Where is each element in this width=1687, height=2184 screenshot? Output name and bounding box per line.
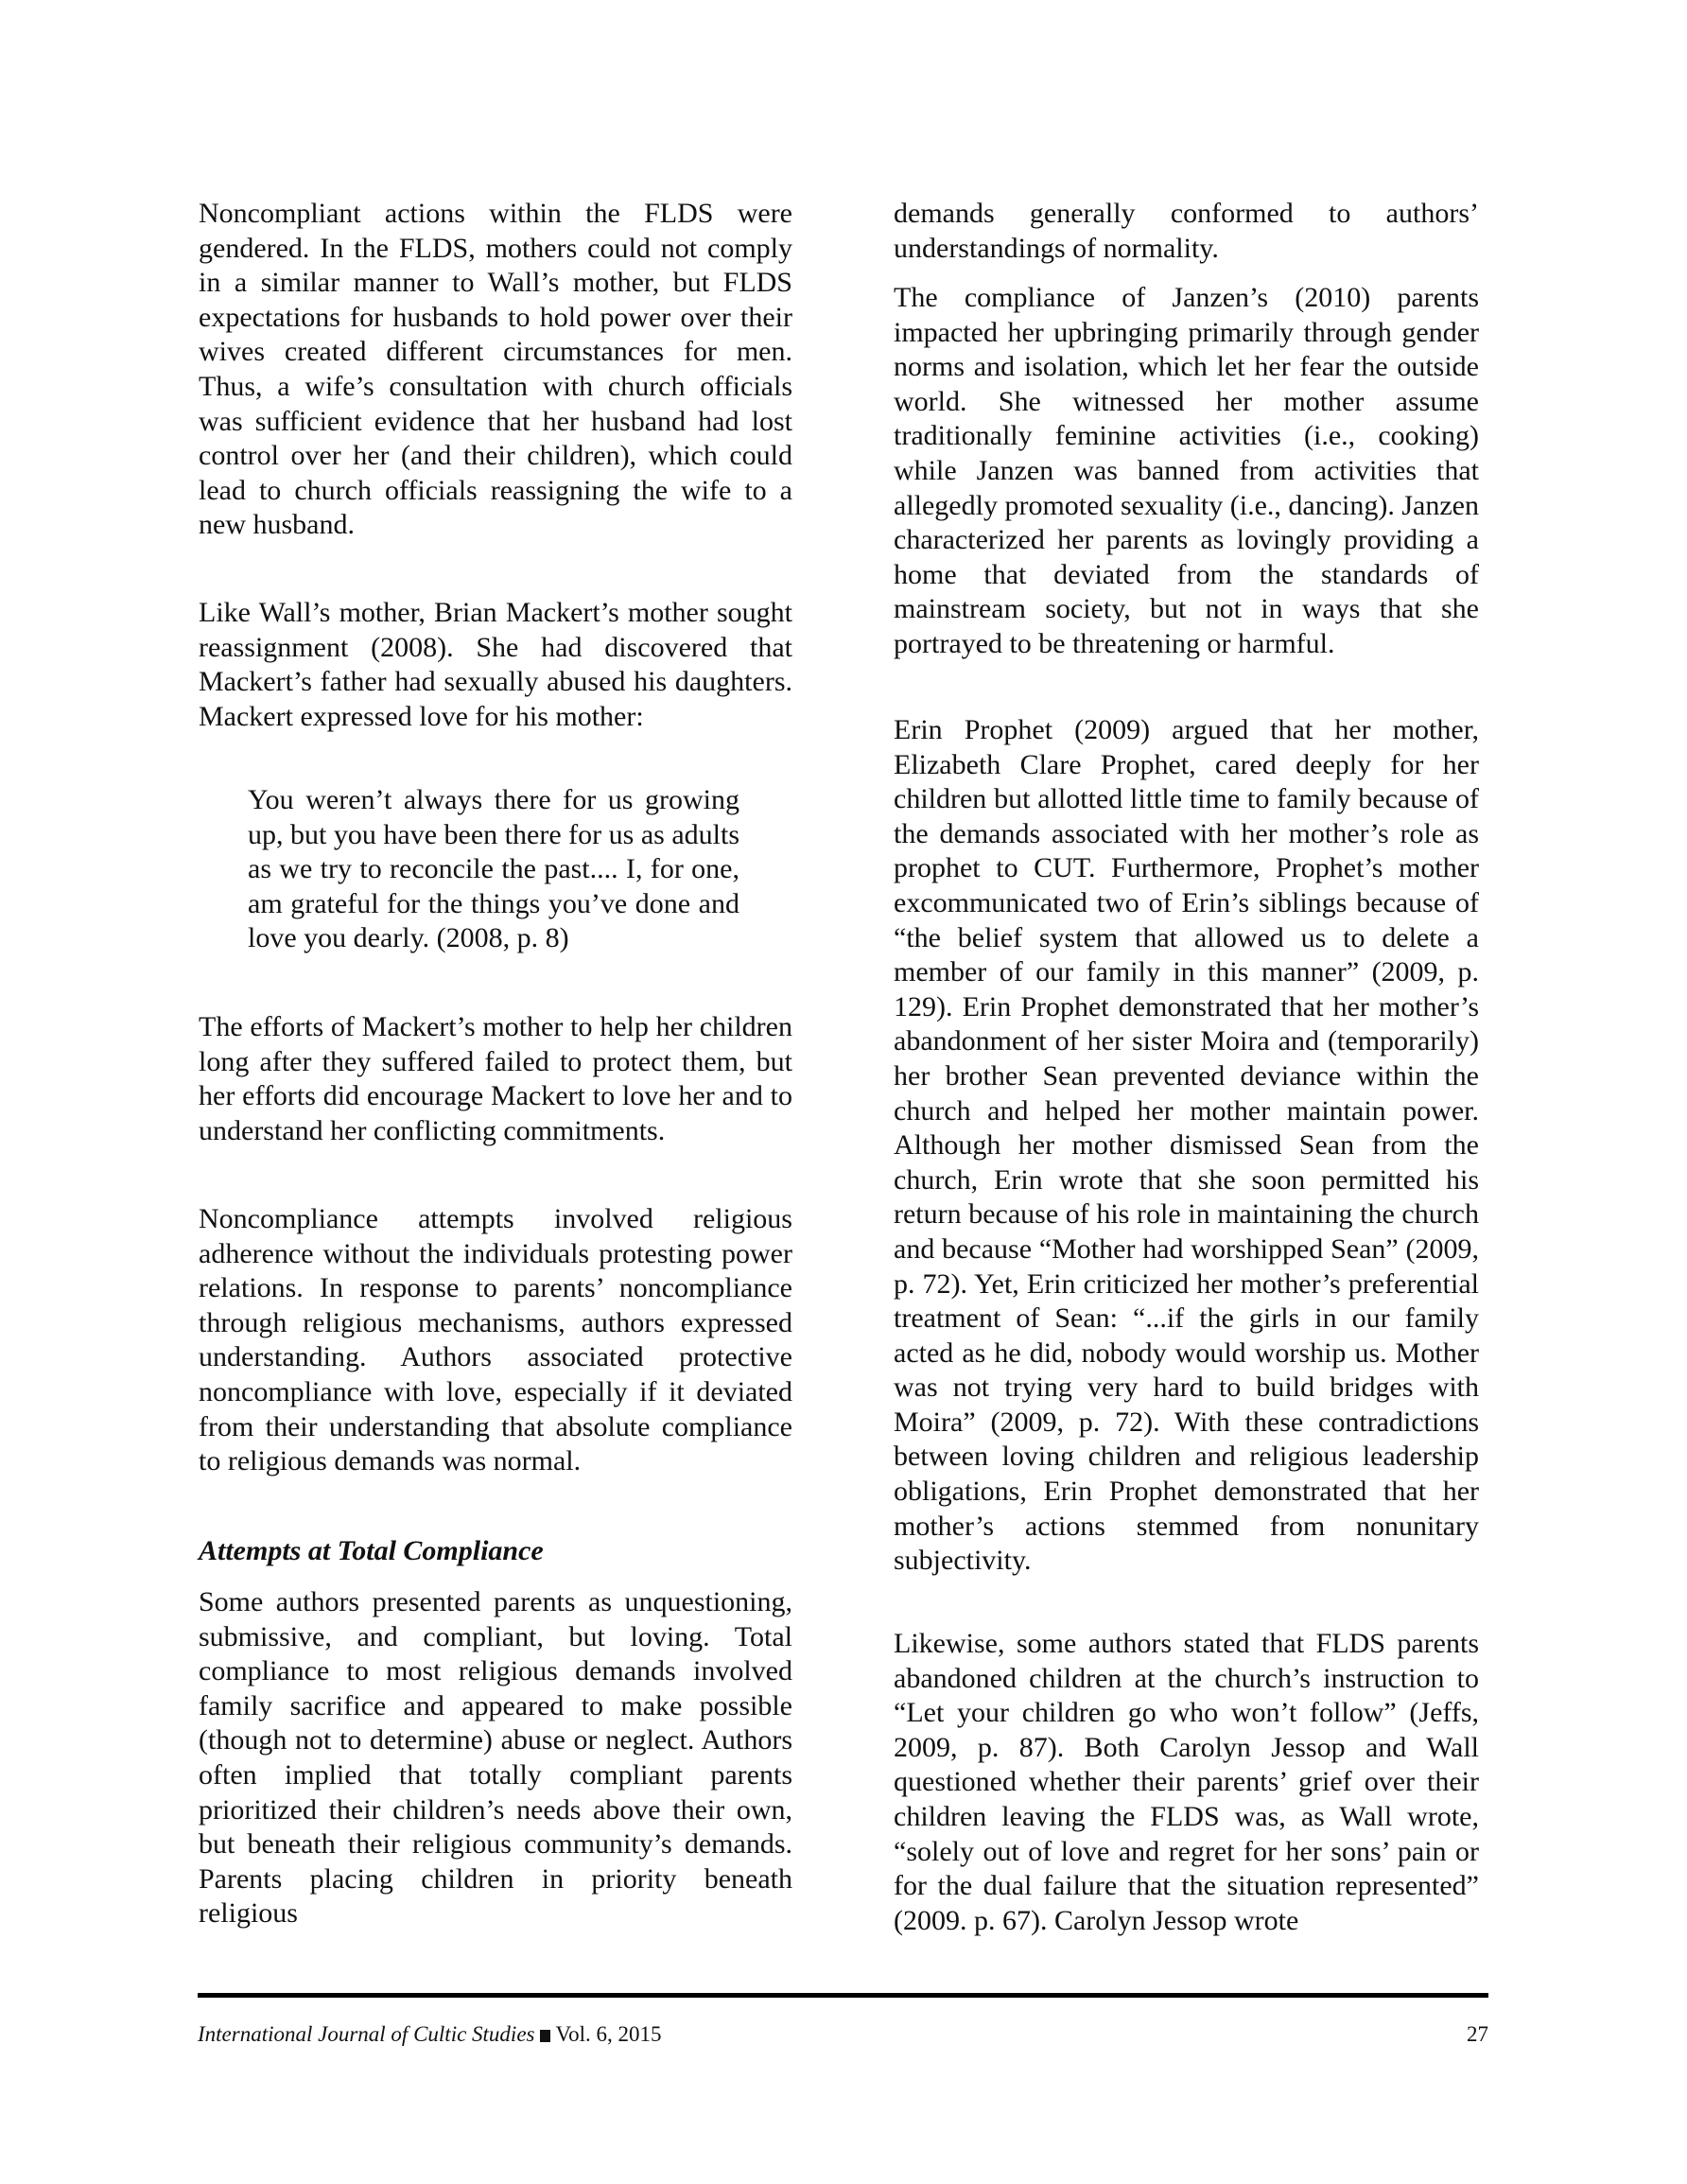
black-square-icon	[540, 2030, 550, 2042]
block-quote: You weren’t always there for us growing …	[248, 783, 739, 956]
page-number: 27	[1467, 2021, 1488, 2048]
body-paragraph: Erin Prophet (2009) argued that her moth…	[894, 713, 1479, 1579]
footer-rule	[198, 1993, 1488, 1998]
running-footer: International Journal of Cultic StudiesV…	[198, 2021, 662, 2048]
body-paragraph: demands generally conformed to authors’ …	[894, 197, 1479, 266]
body-paragraph: The efforts of Mackert’s mother to help …	[199, 1010, 792, 1148]
body-paragraph: Noncompliant actions within the FLDS wer…	[199, 197, 792, 543]
journal-page: Noncompliant actions within the FLDS wer…	[0, 0, 1687, 2184]
body-paragraph: The compliance of Janzen’s (2010) parent…	[894, 281, 1479, 662]
body-paragraph: Likewise, some authors stated that FLDS …	[894, 1627, 1479, 1938]
body-paragraph: Some authors presented parents as unques…	[199, 1585, 792, 1931]
volume-info: Vol. 6, 2015	[555, 2022, 661, 2046]
body-paragraph: Noncompliance attempts involved religiou…	[199, 1202, 792, 1479]
body-paragraph: Like Wall’s mother, Brian Mackert’s moth…	[199, 596, 792, 734]
journal-title: International Journal of Cultic Studies	[198, 2022, 534, 2046]
section-heading: Attempts at Total Compliance	[199, 1534, 544, 1569]
